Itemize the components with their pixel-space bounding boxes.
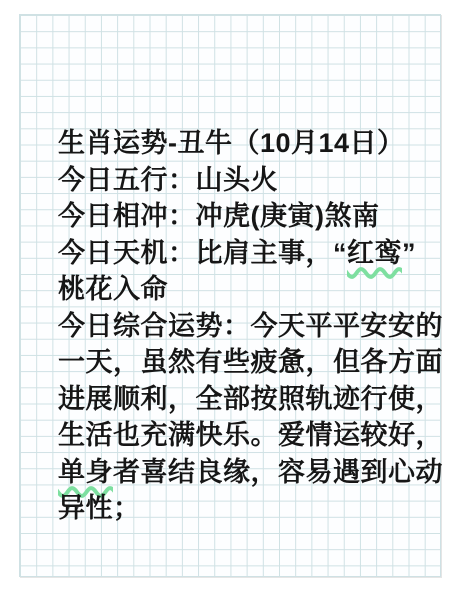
grid-paper-sheet: 生肖运势-丑牛（10月14日） 今日五行：山头火 今日相冲：冲虎(庚寅)煞南 今…	[19, 14, 441, 577]
overall-line-4: 生活也充满快乐。爱情运较好，	[58, 417, 458, 454]
overall-line-5-rest-text: 者喜结良缘，容易遇到心动	[113, 457, 443, 487]
overall-line-2: 一天，虽然有些疲惫，但各方面	[58, 344, 458, 381]
highlighted-word-hongluan: 红鸾	[347, 238, 402, 268]
tianji-suffix-text: ”	[402, 238, 416, 268]
overall-line-6: 异性；	[58, 490, 458, 527]
five-elements-line: 今日五行：山头火	[58, 162, 458, 199]
clash-line: 今日相冲：冲虎(庚寅)煞南	[58, 198, 458, 235]
highlighted-word-danshen: 单身	[58, 457, 113, 487]
overall-line-5: 单身者喜结良缘，容易遇到心动	[58, 454, 458, 491]
tianji-line: 今日天机：比肩主事，“红鸾”	[58, 235, 458, 272]
fortune-text-block: 生肖运势-丑牛（10月14日） 今日五行：山头火 今日相冲：冲虎(庚寅)煞南 今…	[58, 125, 458, 527]
overall-line-3: 进展顺利，全部按照轨迹行使，	[58, 381, 458, 418]
tianji-prefix-text: 今日天机：比肩主事，“	[58, 238, 347, 268]
tianji-wrap-line: 桃花入命	[58, 271, 458, 308]
overall-line-1: 今日综合运势：今天平平安安的	[58, 308, 458, 345]
page-title: 生肖运势-丑牛（10月14日）	[58, 125, 458, 162]
